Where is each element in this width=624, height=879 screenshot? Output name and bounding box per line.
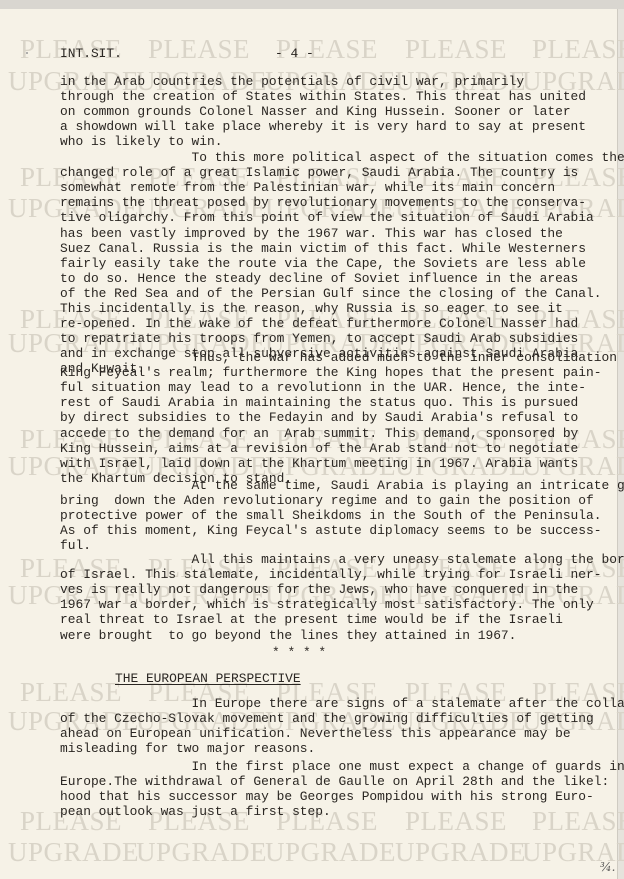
section-separator: * * * * bbox=[272, 645, 326, 660]
page-number: - 4 - bbox=[275, 46, 314, 61]
text-line: Suez Canal. Russia is the main victim of… bbox=[60, 241, 586, 256]
text-line: ful situation may lead to a revolutionn … bbox=[60, 380, 586, 395]
text-line: Thus, the war has added much to the inne… bbox=[60, 350, 624, 365]
text-line: Europe.The withdrawal of General de Gaul… bbox=[60, 774, 609, 789]
text-line: fairly easily take the route via the Cap… bbox=[60, 256, 586, 271]
text-line: At the same time, Saudi Arabia is playin… bbox=[60, 478, 624, 493]
text-line: King Feycal's realm; furthermore the Kin… bbox=[60, 365, 602, 380]
text-line: In the first place one must expect a cha… bbox=[60, 759, 624, 774]
text-line: ves is really not dangerous for the Jews… bbox=[60, 582, 578, 597]
text-line: bring down the Aden revolutionary regime… bbox=[60, 493, 594, 508]
text-line: of Israel. This stalemate, incidentally,… bbox=[60, 567, 602, 582]
text-line: King Hussein, aims at a revision of the … bbox=[60, 441, 578, 456]
text-line: on common grounds Colonel Nasser and Kin… bbox=[60, 104, 571, 119]
text-line: to repatriate his troops from Yemen, to … bbox=[60, 331, 578, 346]
section-heading: THE EUROPEAN PERSPECTIVE bbox=[115, 671, 301, 686]
text-line: accede to the demand for an Arab summit.… bbox=[60, 426, 578, 441]
text-line: by direct subsidies to the Fedayin and b… bbox=[60, 410, 578, 425]
text-line: pean outlook was just a first step. bbox=[60, 804, 331, 819]
text-line: a showdown will take place whereby it is… bbox=[60, 119, 586, 134]
text-line: has been vastly improved by the 1967 war… bbox=[60, 226, 563, 241]
text-line: were brought to go beyond the lines they… bbox=[60, 628, 516, 643]
text-line: who is likely to win. bbox=[60, 134, 222, 149]
text-line: hood that his successor may be Georges P… bbox=[60, 789, 594, 804]
text-line: This incidentally is the reason, why Rus… bbox=[60, 301, 563, 316]
text-line: to do so. Hence the steady decline of So… bbox=[60, 271, 578, 286]
text-line: remains the threat posed by revolutionar… bbox=[60, 195, 586, 210]
handwritten-page-mark: ¾. bbox=[600, 860, 615, 874]
text-line: To this more political aspect of the sit… bbox=[60, 150, 624, 165]
text-line: protective power of the small Sheikdoms … bbox=[60, 508, 602, 523]
text-line: through the creation of States within St… bbox=[60, 89, 586, 104]
text-line: in the Arab countries the potentials of … bbox=[60, 74, 524, 89]
text-line: of the Czecho-Slovak movement and the gr… bbox=[60, 711, 594, 726]
text-line: tive oligarchy. From this point of view … bbox=[60, 210, 594, 225]
scan-right-edge bbox=[617, 9, 624, 879]
text-line: 1967 war a border, which is strategicall… bbox=[60, 597, 594, 612]
text-line: ahead on European unification. Neverthel… bbox=[60, 726, 571, 741]
scan-top-edge bbox=[0, 0, 624, 9]
text-line: re-opened. In the wake of the defeat fur… bbox=[60, 316, 578, 331]
text-line: In Europe there are signs of a stalemate… bbox=[60, 696, 624, 711]
text-line: changed role of a great Islamic power, S… bbox=[60, 165, 578, 180]
paper-speck bbox=[26, 52, 28, 54]
text-line: of the Red Sea and of the Persian Gulf s… bbox=[60, 286, 602, 301]
document-header-label: INT.SIT. bbox=[60, 46, 122, 61]
text-line: real threat to Israel at the present tim… bbox=[60, 612, 563, 627]
text-line: somewhat remote from the Palestinian war… bbox=[60, 180, 555, 195]
text-line: All this maintains a very uneasy stalema… bbox=[60, 552, 624, 567]
text-line: misleading for two major reasons. bbox=[60, 741, 315, 756]
text-line: As of this moment, King Feycal's astute … bbox=[60, 523, 602, 538]
text-line: rest of Saudi Arabia in maintaining the … bbox=[60, 395, 578, 410]
text-line: with Israel, laid down at the Khartum me… bbox=[60, 456, 578, 471]
